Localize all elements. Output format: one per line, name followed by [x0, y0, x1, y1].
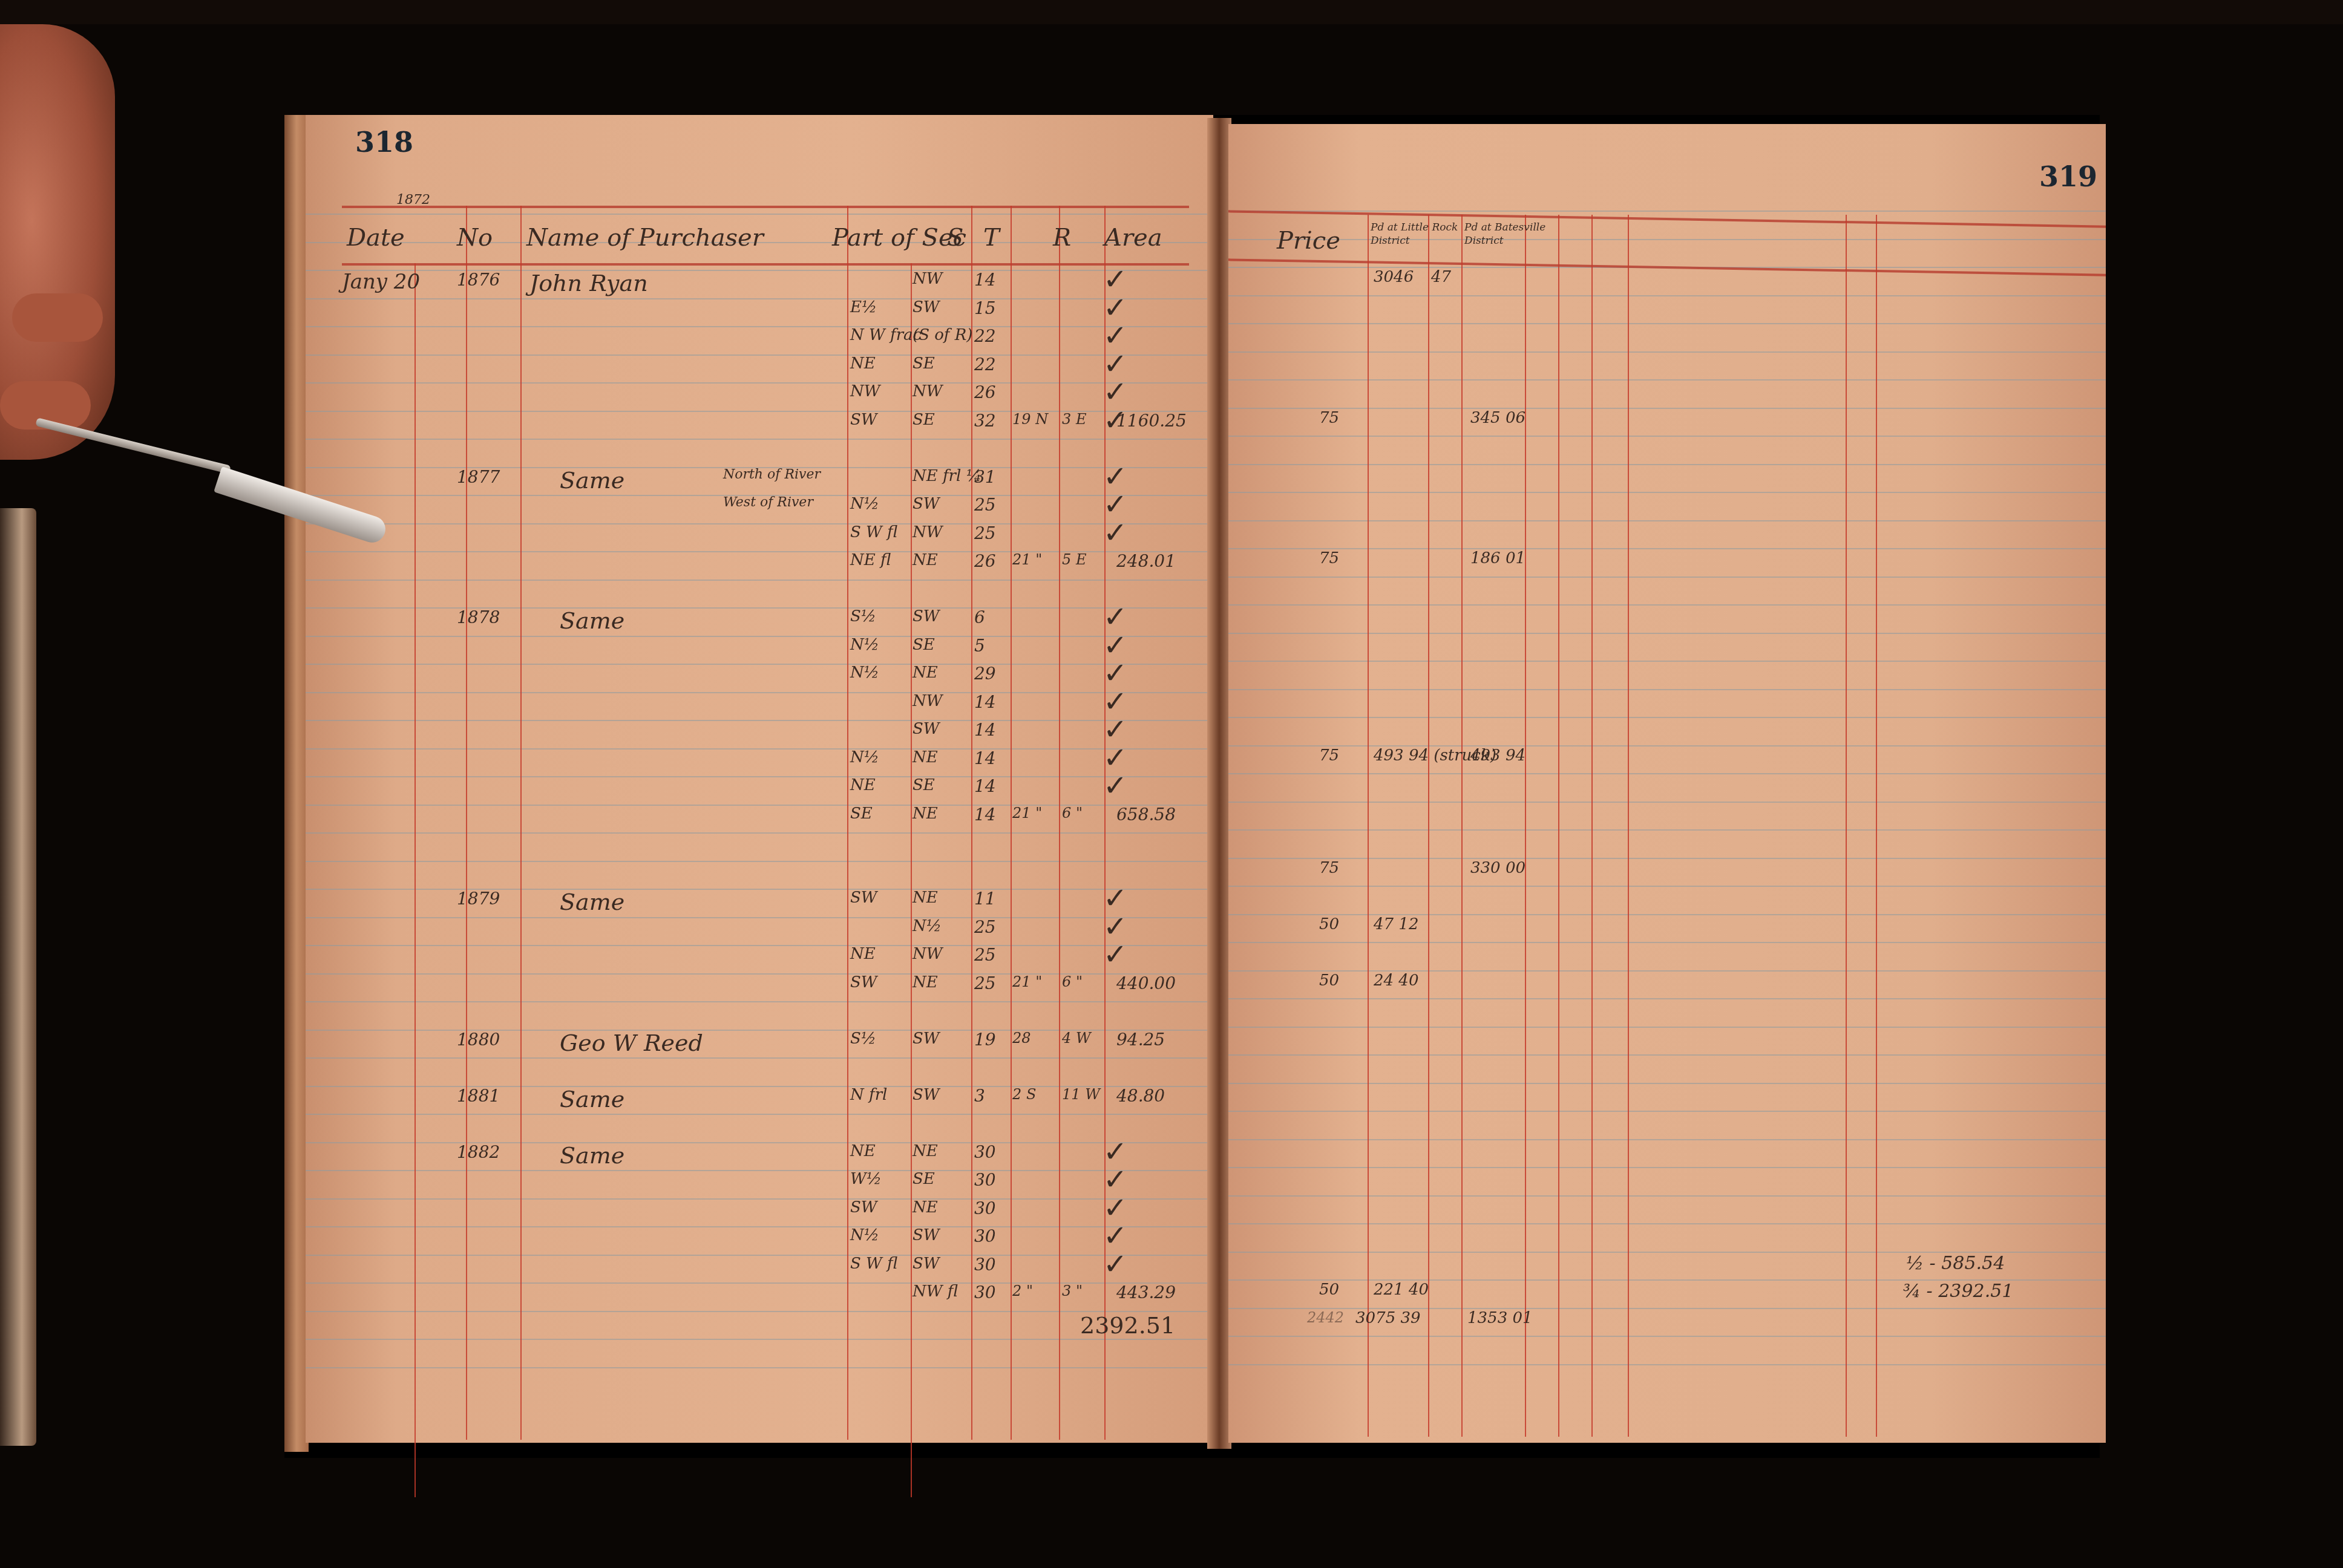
- header-top-rule: [1228, 210, 2106, 227]
- hand: [0, 24, 115, 460]
- row-part-of-section: N½: [850, 495, 879, 513]
- check-mark: ✓: [1103, 516, 1127, 550]
- row-township: 28: [1012, 1030, 1031, 1047]
- row-section: 14: [974, 776, 996, 796]
- ruled-line: [1228, 295, 2106, 296]
- column-rule: [971, 206, 972, 1440]
- row-quarter: NE: [913, 805, 938, 823]
- column-rule: [1368, 215, 1369, 1437]
- row-price: 75: [1319, 549, 1339, 567]
- row-section: 30: [974, 1170, 996, 1190]
- left-page-total: 2392.51: [1080, 1312, 1175, 1339]
- ruled-line: [1228, 548, 2106, 549]
- row-range: 6 ": [1062, 973, 1083, 990]
- row-quarter: SW: [913, 607, 940, 626]
- right-page: 319 PricePd at Little Rock DistrictPd at…: [1228, 124, 2106, 1443]
- row-part-of-section: N½: [850, 748, 879, 766]
- row-township: 21 ": [1012, 973, 1042, 990]
- row-batesville-amount: 186 01: [1470, 549, 1525, 567]
- row-section: 3: [974, 1086, 985, 1106]
- ruled-line: [1228, 633, 2106, 634]
- row-township: 2 S: [1012, 1086, 1036, 1103]
- check-mark: ✓: [1103, 938, 1127, 972]
- row-price: 75: [1319, 859, 1339, 877]
- row-part-of-section: S W fl: [850, 1255, 897, 1273]
- header-top-rule: [342, 206, 1189, 208]
- column-rule: [1876, 215, 1877, 1437]
- ruled-line: [1228, 1111, 2106, 1112]
- background: [0, 0, 2343, 24]
- row-part-of-section: N½: [850, 664, 879, 682]
- row-quarter: SE: [913, 354, 935, 373]
- row-quarter: SW: [913, 1030, 940, 1048]
- row-quarter: SE: [913, 1170, 935, 1188]
- finger: [12, 293, 103, 342]
- column-header-name: Name of Purchaser: [526, 224, 764, 252]
- row-purchaser-name: Same: [560, 1086, 624, 1112]
- row-quarter: SW: [913, 495, 940, 513]
- ruled-line: [306, 1226, 1213, 1227]
- ruled-line: [306, 748, 1213, 750]
- ruled-line: [306, 580, 1213, 581]
- ruled-line: [1228, 408, 2106, 409]
- ruled-line: [1228, 661, 2106, 662]
- row-section: 22: [974, 326, 996, 346]
- row-price: 50: [1319, 972, 1339, 990]
- ruled-line: [306, 636, 1213, 637]
- total-prefix: 2442: [1307, 1309, 1344, 1326]
- row-quarter: NE: [913, 889, 938, 907]
- row-section: 6: [974, 607, 985, 627]
- column-rule: [520, 206, 522, 1440]
- row-quarter: SW: [913, 1086, 940, 1104]
- column-rule: [1591, 215, 1593, 1437]
- row-section: 14: [974, 748, 996, 768]
- row-area: 440.00: [1116, 973, 1176, 993]
- ruled-line: [306, 523, 1213, 524]
- ruled-line: [1228, 1167, 2106, 1168]
- row-section: 14: [974, 805, 996, 825]
- row-year: 1878: [457, 607, 500, 627]
- row-part-of-section: NE: [850, 1142, 876, 1160]
- row-part-of-section: SW: [850, 973, 877, 991]
- ruled-line: [306, 1142, 1213, 1143]
- ruled-line: [1228, 970, 2106, 972]
- margin-note: ¾ - 2392.51: [1903, 1281, 2013, 1302]
- row-purchaser-name: Same: [560, 607, 624, 634]
- row-quarter: NE: [913, 551, 938, 569]
- row-purchaser-name: Same: [560, 467, 624, 494]
- row-part-of-section: E½: [850, 298, 877, 316]
- row-note: West of River: [723, 495, 813, 510]
- row-quarter: NE: [913, 748, 938, 766]
- row-range: 11 W: [1062, 1086, 1100, 1103]
- row-year: 1876: [457, 270, 500, 290]
- total-little-rock: 3075 39: [1355, 1309, 1421, 1327]
- row-part-of-section: SW: [850, 411, 877, 429]
- ruled-line: [1228, 211, 2106, 212]
- row-section: 25: [974, 973, 996, 993]
- row-part-of-section: S W fl: [850, 523, 897, 541]
- column-header-little-rock: Pd at Little Rock District: [1371, 221, 1461, 247]
- ruled-line: [1228, 1027, 2106, 1028]
- ruled-line: [1228, 858, 2106, 859]
- ruled-line: [1228, 436, 2106, 437]
- row-price: 75: [1319, 409, 1339, 427]
- ruled-line: [1228, 829, 2106, 831]
- row-section: 25: [974, 495, 996, 515]
- column-rule: [1846, 215, 1847, 1437]
- ruled-line: [1228, 492, 2106, 493]
- row-section: 31: [974, 467, 996, 487]
- ruled-line: [306, 692, 1213, 693]
- column-rule: [1461, 215, 1463, 1437]
- ruled-line: [306, 720, 1213, 721]
- ruled-line: [1228, 323, 2106, 324]
- ruled-line: [1228, 464, 2106, 465]
- row-section: 14: [974, 720, 996, 740]
- ruled-line: [1228, 914, 2106, 915]
- column-rule: [1558, 215, 1559, 1437]
- row-quarter: NW: [913, 945, 942, 963]
- row-part-of-section: SW: [850, 889, 877, 907]
- row-range: 3 ": [1062, 1282, 1083, 1299]
- row-quarter: NE: [913, 973, 938, 991]
- row-quarter: SW: [913, 1255, 940, 1273]
- column-header-batesville: Pd at Batesville District: [1464, 221, 1555, 247]
- row-quarter: SE: [913, 411, 935, 429]
- column-rule: [1059, 206, 1060, 1440]
- ruled-line: [1228, 1195, 2106, 1197]
- ruled-line: [1228, 1364, 2106, 1365]
- column-header-date: Date: [347, 224, 405, 252]
- ruled-line: [1228, 886, 2106, 887]
- ruled-line: [1228, 577, 2106, 578]
- column-header-s: S: [947, 224, 963, 252]
- ruled-line: [1228, 351, 2106, 353]
- row-area: 443.29: [1116, 1282, 1176, 1302]
- ruled-line: [1228, 717, 2106, 718]
- ruled-line: [306, 326, 1213, 327]
- row-section: 14: [974, 270, 996, 290]
- row-quarter: NW: [913, 382, 942, 400]
- row-purchaser-name: Same: [560, 1142, 624, 1169]
- ruled-line: [306, 1001, 1213, 1002]
- row-section: 11: [974, 889, 996, 909]
- row-part-of-section: NE fl: [850, 551, 891, 569]
- row-purchaser-name: John Ryan: [529, 270, 648, 296]
- row-section: 14: [974, 692, 996, 712]
- ruled-line: [306, 439, 1213, 440]
- row-little-rock-amount: 47 12: [1374, 915, 1418, 933]
- row-quarter: NE: [913, 664, 938, 682]
- ruled-line: [306, 664, 1213, 665]
- column-header-no: No: [457, 224, 493, 252]
- ruled-line: [1228, 1083, 2106, 1084]
- total-batesville: 1353 01: [1467, 1309, 1533, 1327]
- row-area: 248.01: [1116, 551, 1176, 571]
- row-quarter: NW: [913, 523, 942, 541]
- column-rule: [911, 263, 912, 1497]
- row-section: 15: [974, 298, 996, 318]
- row-price: 50: [1319, 1281, 1339, 1299]
- row-price: 75: [1319, 746, 1339, 765]
- ruled-line: [306, 832, 1213, 834]
- row-quarter: NE: [913, 1142, 938, 1160]
- ruled-line: [1228, 1139, 2106, 1140]
- row-part-of-section: NE: [850, 776, 876, 794]
- ruled-line: [306, 1170, 1213, 1171]
- row-purchaser-name: Same: [560, 889, 624, 915]
- row-section: 30: [974, 1282, 996, 1302]
- row-part-of-section: SE: [850, 805, 873, 823]
- row-range: 4 W: [1062, 1030, 1091, 1047]
- ruled-line: [306, 1057, 1213, 1059]
- row-section: 30: [974, 1198, 996, 1218]
- header-bottom-rule: [342, 263, 1189, 266]
- row-section: 25: [974, 945, 996, 965]
- row-quarter: SE: [913, 776, 935, 794]
- row-quarter: NW fl: [913, 1282, 958, 1301]
- row-little-rock-amount: 24 40: [1374, 972, 1418, 990]
- column-header-t: T: [983, 224, 1000, 252]
- row-quarter: NE: [913, 1198, 938, 1217]
- check-mark: ✓: [1103, 769, 1127, 803]
- row-part-of-section: S½: [850, 1030, 876, 1048]
- gutter: [1207, 118, 1231, 1449]
- row-part-of-section: NE: [850, 945, 876, 963]
- column-rule: [1428, 215, 1429, 1437]
- row-section: 26: [974, 551, 996, 571]
- ruled-line: [1228, 239, 2106, 240]
- ruled-line: [1228, 604, 2106, 606]
- row-part-of-section: NE: [850, 354, 876, 373]
- check-mark: ✓: [1103, 1247, 1127, 1281]
- row-township: 2 ": [1012, 1282, 1033, 1299]
- row-area: 1160.25: [1116, 411, 1187, 431]
- column-header-area: Area: [1104, 224, 1162, 252]
- row-little-rock-amount: 221 40: [1374, 1281, 1429, 1299]
- row-part-of-section: N½: [850, 636, 879, 654]
- ruled-line: [1228, 942, 2106, 943]
- row-date: Jany 20: [342, 270, 420, 294]
- row-range: 6 ": [1062, 805, 1083, 822]
- row-township: 21 ": [1012, 551, 1042, 568]
- column-header-r: R: [1053, 224, 1071, 252]
- ruled-line: [306, 1339, 1213, 1340]
- column-rule: [1628, 215, 1629, 1437]
- row-quarter: NW: [913, 692, 942, 710]
- ruled-line: [306, 1311, 1213, 1312]
- row-township: 21 ": [1012, 805, 1042, 822]
- ruled-line: [306, 270, 1213, 271]
- row-batesville-amount: 345 06: [1470, 409, 1525, 427]
- row-year: 1879: [457, 889, 500, 909]
- row-quarter: (S of R): [913, 326, 972, 344]
- row-little-rock-amount: 3046: [1374, 268, 1414, 286]
- row-part-of-section: S½: [850, 607, 876, 626]
- margin-note: ½ - 585.54: [1906, 1253, 2005, 1274]
- row-part-of-section: N frl: [850, 1086, 887, 1104]
- row-quarter: NE frl ¼: [913, 467, 981, 485]
- row-part-of-section: N½: [850, 1226, 879, 1244]
- row-year: 1877: [457, 467, 500, 487]
- row-section: 30: [974, 1226, 996, 1246]
- row-batesville-amount: 493 94: [1470, 746, 1525, 765]
- book-edge: [284, 115, 309, 1452]
- row-section: 5: [974, 636, 985, 656]
- row-range: 5 E: [1062, 551, 1086, 568]
- row-quarter: SW: [913, 298, 940, 316]
- ruled-line: [1228, 689, 2106, 690]
- ruled-line: [306, 382, 1213, 384]
- row-township: 19 N: [1012, 411, 1048, 428]
- row-section: 30: [974, 1255, 996, 1275]
- column-rule: [415, 263, 416, 1497]
- ruled-line: [1228, 1336, 2106, 1337]
- row-part-of-section: W½: [850, 1170, 882, 1188]
- row-little-rock-cents: 47: [1431, 268, 1451, 286]
- row-quarter: SW: [913, 720, 940, 738]
- row-note: North of River: [723, 467, 821, 482]
- row-batesville-amount: 330 00: [1470, 859, 1525, 877]
- ruled-line: [1228, 998, 2106, 999]
- ruled-line: [306, 889, 1213, 890]
- row-part-of-section: NW: [850, 382, 880, 400]
- row-area: 48.80: [1116, 1086, 1165, 1106]
- row-section: 25: [974, 917, 996, 937]
- ruled-line: [306, 1114, 1213, 1115]
- page-number: 318: [355, 126, 413, 158]
- ruled-line: [306, 354, 1213, 356]
- ruled-line: [306, 917, 1213, 918]
- ruled-line: [306, 861, 1213, 862]
- ruled-line: [1228, 802, 2106, 803]
- column-rule: [466, 206, 467, 1440]
- ruled-line: [306, 945, 1213, 946]
- row-purchaser-name: Geo W Reed: [560, 1030, 703, 1056]
- ruled-line: [1228, 520, 2106, 521]
- row-price: 50: [1319, 915, 1339, 933]
- column-rule: [1525, 215, 1526, 1437]
- page-number: 319: [2039, 160, 2097, 193]
- column-rule: [1011, 206, 1012, 1440]
- row-section: 19: [974, 1030, 996, 1050]
- row-year: 1882: [457, 1142, 500, 1162]
- column-header-price: Price: [1277, 227, 1340, 255]
- column-header-part-of-sec: Part of Sec: [832, 224, 966, 252]
- row-part-of-section: N W frac: [850, 326, 922, 344]
- row-quarter: NW: [913, 270, 942, 288]
- row-section: 29: [974, 664, 996, 684]
- ruled-line: [1228, 379, 2106, 381]
- row-quarter: N½: [913, 917, 942, 935]
- ruled-line: [1228, 773, 2106, 774]
- row-section: 30: [974, 1142, 996, 1162]
- row-section: 26: [974, 382, 996, 402]
- row-year: 1881: [457, 1086, 500, 1106]
- row-section: 32: [974, 411, 996, 431]
- row-section: 25: [974, 523, 996, 543]
- row-section: 22: [974, 354, 996, 374]
- row-area: 658.58: [1116, 805, 1176, 825]
- ruled-line: [1228, 745, 2106, 746]
- ruled-line: [306, 1255, 1213, 1256]
- ruled-line: [1228, 1054, 2106, 1056]
- left-page: 318 1872 DateNoName of PurchaserPart of …: [306, 115, 1213, 1443]
- row-quarter: SE: [913, 636, 935, 654]
- row-quarter: SW: [913, 1226, 940, 1244]
- ruled-line: [306, 214, 1213, 215]
- ruled-line: [306, 1198, 1213, 1200]
- ruled-line: [306, 776, 1213, 777]
- ruled-line: [306, 298, 1213, 299]
- ruled-line: [1228, 1223, 2106, 1224]
- column-rule: [847, 206, 848, 1440]
- row-year: 1880: [457, 1030, 500, 1050]
- row-range: 3 E: [1062, 411, 1086, 428]
- ruled-line: [306, 1367, 1213, 1368]
- adjacent-book: [0, 508, 36, 1446]
- row-area: 94.25: [1116, 1030, 1165, 1050]
- ruled-line: [306, 607, 1213, 609]
- row-part-of-section: SW: [850, 1198, 877, 1217]
